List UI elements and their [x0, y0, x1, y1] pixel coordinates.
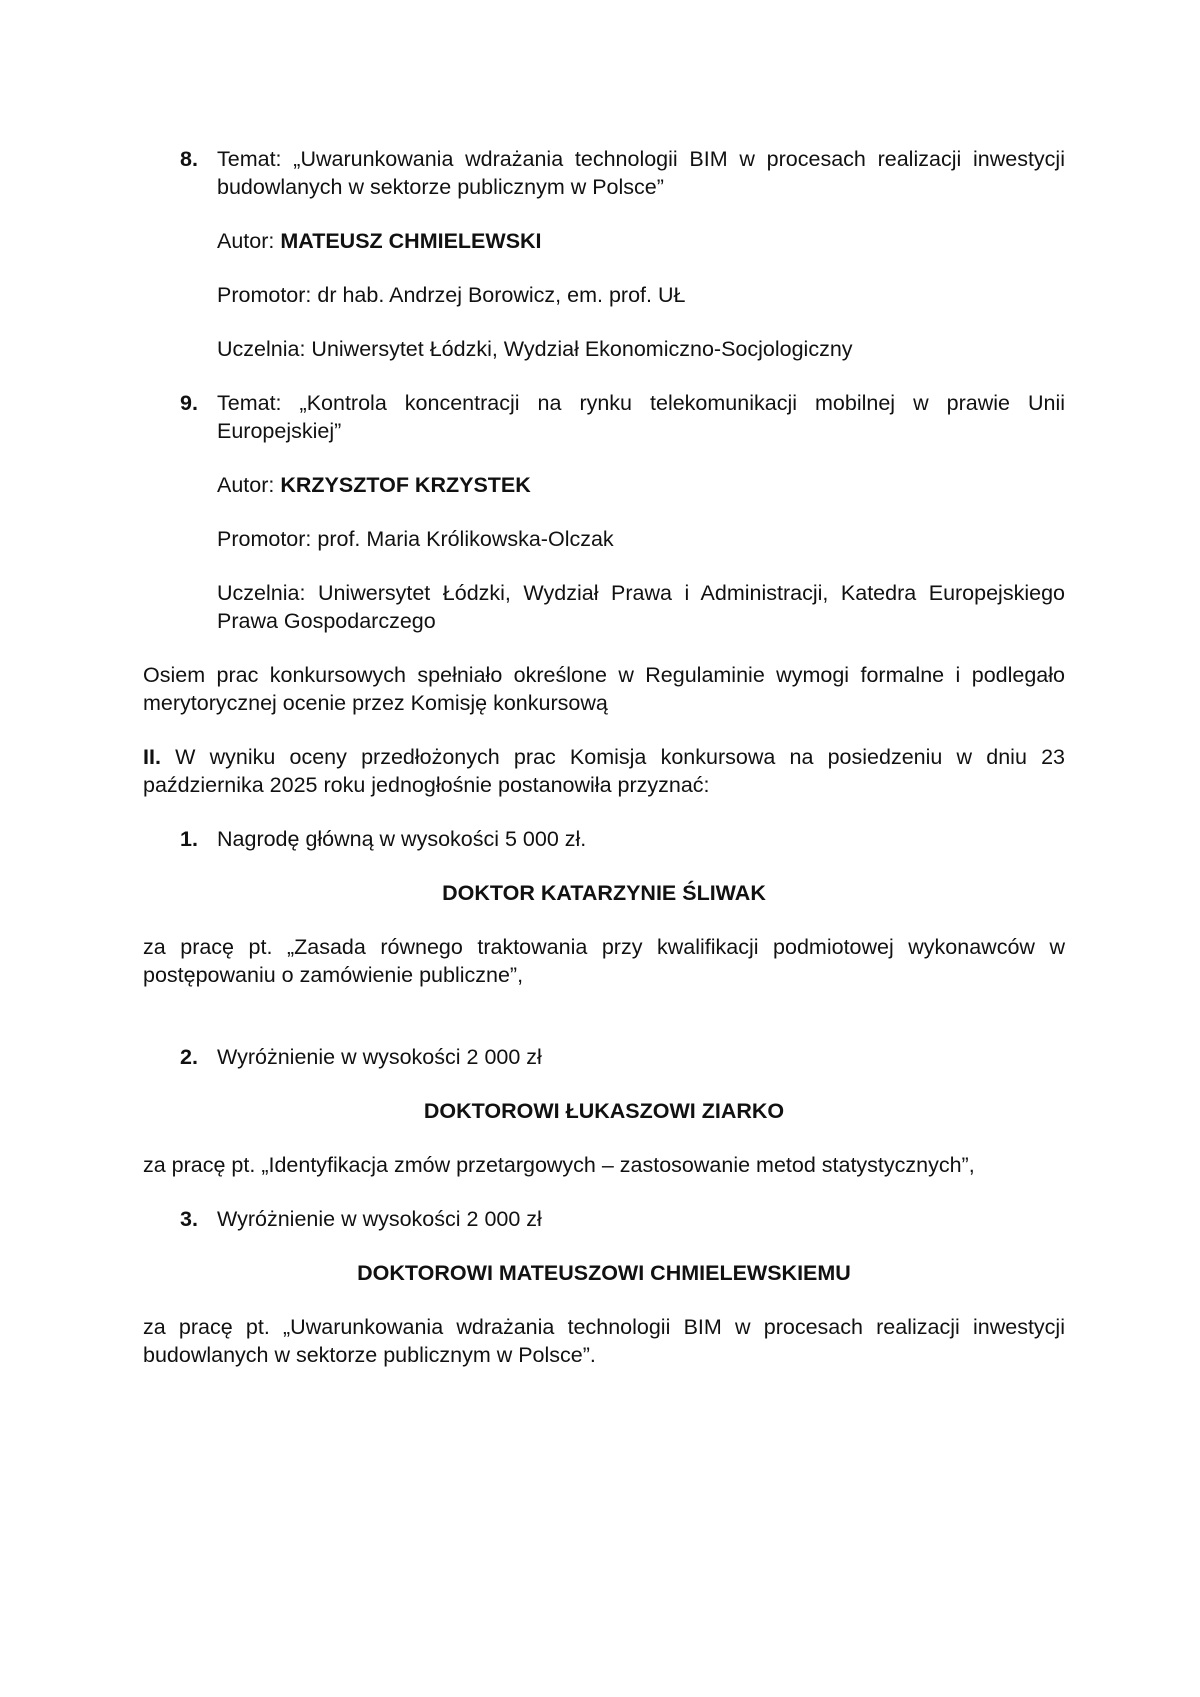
promoter-label: Promotor: [217, 283, 311, 307]
award-number: 2. [180, 1043, 198, 1071]
author-line: Autor: KRZYSZTOF KRZYSTEK [143, 471, 1065, 499]
university-label: Uczelnia: [217, 337, 305, 361]
award-number: 1. [180, 825, 198, 853]
author-line: Autor: MATEUSZ CHMIELEWSKI [143, 227, 1065, 255]
award-item: 2. Wyróżnienie w wysokości 2 000 zł [143, 1043, 1065, 1071]
university-name: Uniwersytet Łódzki, Wydział Ekonomiczno-… [311, 337, 852, 361]
author-name: MATEUSZ CHMIELEWSKI [280, 229, 541, 253]
promoter-line: Promotor: dr hab. Andrzej Borowicz, em. … [143, 281, 1065, 309]
promoter-name: dr hab. Andrzej Borowicz, em. prof. UŁ [317, 283, 685, 307]
award-item: 3. Wyróżnienie w wysokości 2 000 zł [143, 1205, 1065, 1233]
award-work: za pracę pt. „Zasada równego traktowania… [143, 933, 1065, 989]
award-number: 3. [180, 1205, 198, 1233]
award-recipient: DOKTOR KATARZYNIE ŚLIWAK [143, 879, 1065, 907]
topic-label: Temat: [217, 147, 282, 171]
section-2-paragraph: II. W wyniku oceny przedłożonych prac Ko… [143, 743, 1065, 799]
nomination-item: 8. Temat: „Uwarunkowania wdrażania techn… [143, 145, 1065, 201]
award-work: za pracę pt. „Identyfikacja zmów przetar… [143, 1151, 1065, 1179]
section-2-text: W wyniku oceny przedłożonych prac Komisj… [143, 745, 1065, 797]
university-line: Uczelnia: Uniwersytet Łódzki, Wydział Pr… [143, 579, 1065, 635]
topic-label: Temat: [217, 391, 282, 415]
author-name: KRZYSZTOF KRZYSTEK [280, 473, 530, 497]
university-label: Uczelnia: [217, 581, 305, 605]
nomination-number: 9. [180, 389, 198, 417]
university-line: Uczelnia: Uniwersytet Łódzki, Wydział Ek… [143, 335, 1065, 363]
award-recipient: DOKTOROWI ŁUKASZOWI ZIARKO [143, 1097, 1065, 1125]
university-name: Uniwersytet Łódzki, Wydział Prawa i Admi… [217, 581, 1065, 633]
author-label: Autor: [217, 473, 274, 497]
promoter-line: Promotor: prof. Maria Królikowska-Olczak [143, 525, 1065, 553]
nomination-item: 9. Temat: „Kontrola koncentracji na rynk… [143, 389, 1065, 445]
award-recipient: DOKTOROWI MATEUSZOWI CHMIELEWSKIEMU [143, 1259, 1065, 1287]
topic-text: „Kontrola koncentracji na rynku telekomu… [217, 391, 1065, 443]
award-work: za pracę pt. „Uwarunkowania wdrażania te… [143, 1313, 1065, 1369]
section-numeral: II. [143, 745, 161, 769]
award-description: Wyróżnienie w wysokości 2 000 zł [217, 1045, 542, 1069]
author-label: Autor: [217, 229, 274, 253]
promoter-label: Promotor: [217, 527, 311, 551]
document-page: 8. Temat: „Uwarunkowania wdrażania techn… [143, 145, 1065, 1369]
topic-text: „Uwarunkowania wdrażania technologii BIM… [217, 147, 1065, 199]
award-description: Nagrodę główną w wysokości 5 000 zł. [217, 827, 586, 851]
nomination-number: 8. [180, 145, 198, 173]
award-item: 1. Nagrodę główną w wysokości 5 000 zł. [143, 825, 1065, 853]
award-description: Wyróżnienie w wysokości 2 000 zł [217, 1207, 542, 1231]
promoter-name: prof. Maria Królikowska-Olczak [317, 527, 613, 551]
summary-paragraph: Osiem prac konkursowych spełniało określ… [143, 661, 1065, 717]
